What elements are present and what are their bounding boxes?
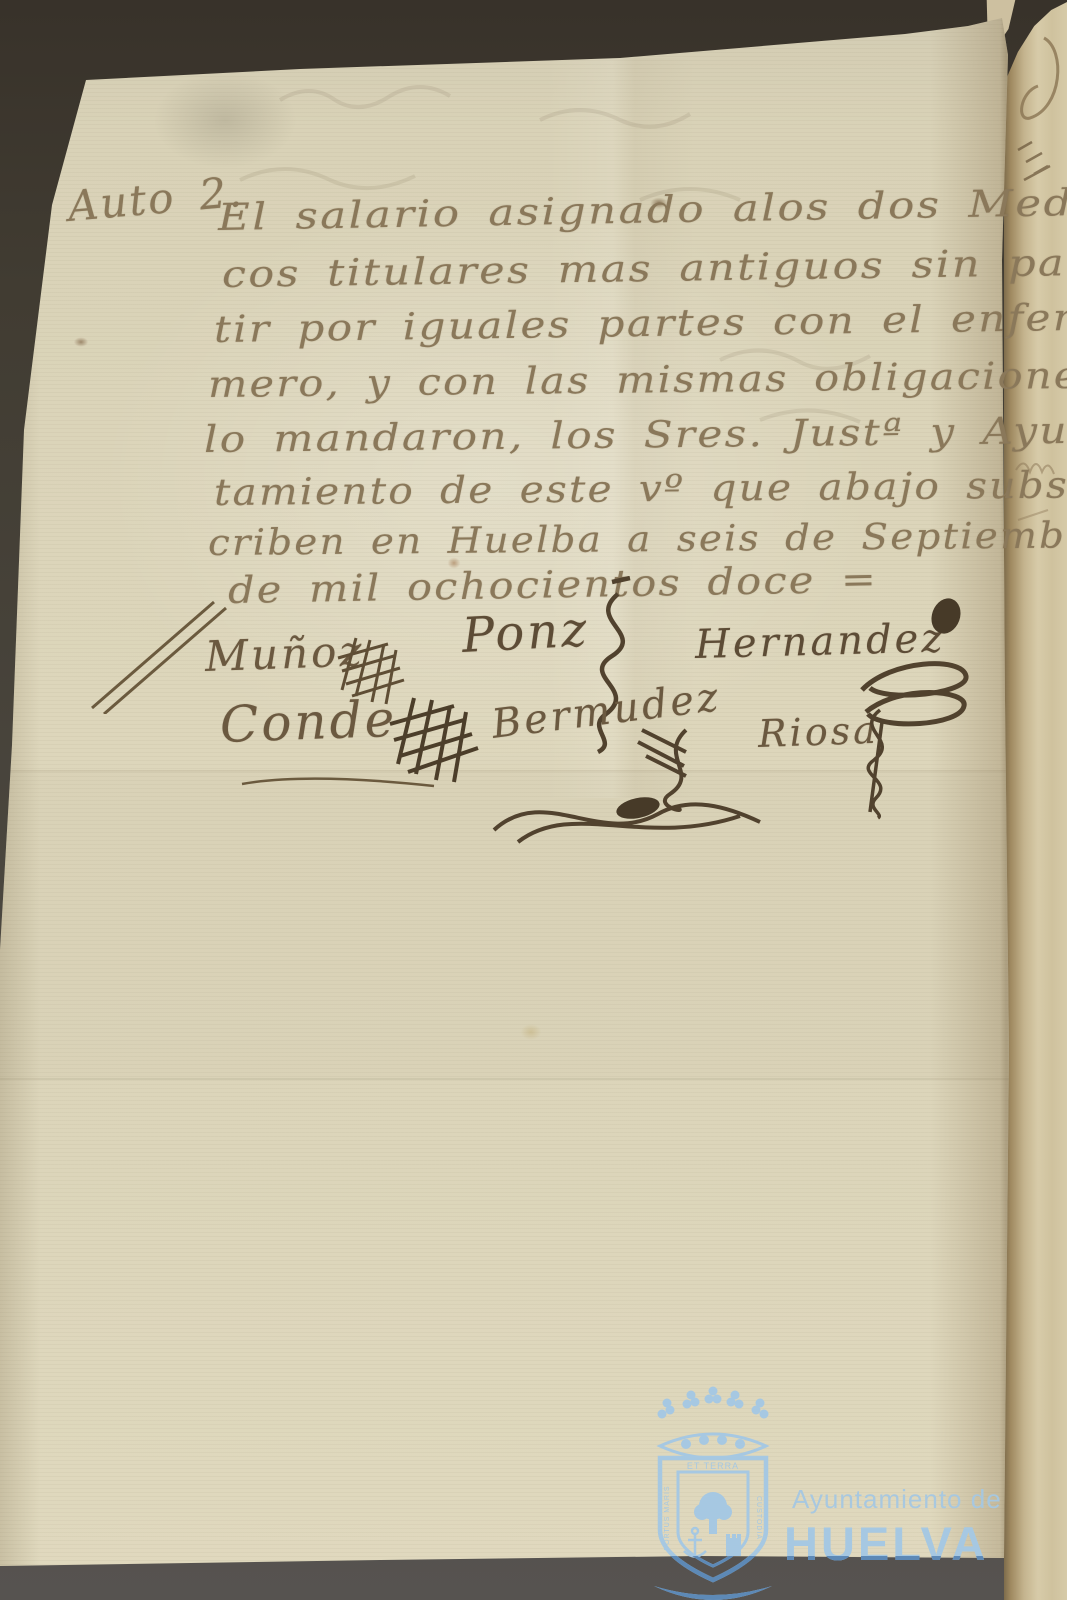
ink-blot (924, 594, 968, 644)
manuscript-line: tamiento de este vº que abajo subs (214, 464, 1067, 514)
handwriting-layer: Auto 2. El salario asignado alos dos Med… (0, 0, 1067, 1600)
watermark-org-name: Ayuntamiento de (792, 1484, 1002, 1514)
signature-rubric (846, 708, 910, 820)
manuscript-line: criben en Huelba a seis de Septiembre (208, 515, 1067, 564)
svg-text:HUELVA: HUELVA (784, 1556, 988, 1570)
crest-motto-top: ET TERRA (687, 1461, 739, 1471)
manuscript-line: El salario asignado alos dos Medi (218, 181, 1067, 239)
archive-watermark-on-backdrop: HUELVA (598, 1556, 1067, 1600)
archive-photo: Auto 2. El salario asignado alos dos Med… (0, 0, 1067, 1600)
manuscript-line: mero, y con las mismas obligaciones (208, 354, 1067, 406)
signature-conde: Conde (219, 690, 398, 754)
manuscript-line: cos titulares mas antiguos sin par (222, 241, 1067, 296)
manuscript-line: tir por iguales partes con el enfer (214, 296, 1067, 351)
crest-motto-right: CUSTODIA (755, 1496, 762, 1540)
crest-motto-left: PORTUS MARIS (664, 1485, 671, 1550)
manuscript-line: lo mandaron, los Sres. Justª y Ayun (204, 409, 1067, 461)
signature-underline (238, 766, 438, 792)
final-flourish (488, 778, 768, 856)
